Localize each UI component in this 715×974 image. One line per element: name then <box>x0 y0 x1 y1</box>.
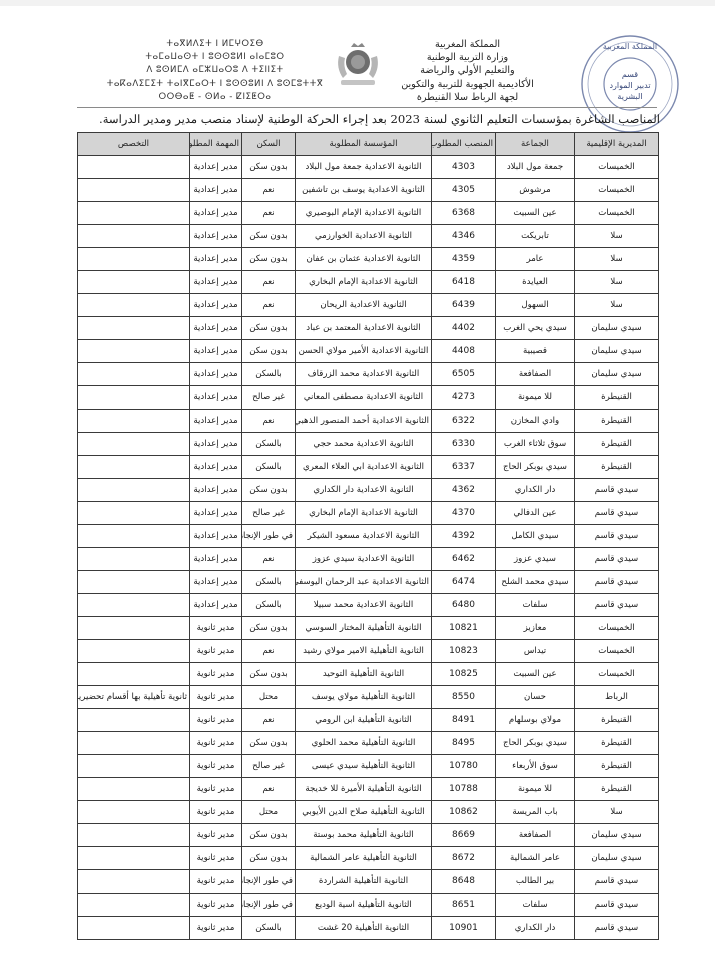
letterhead-line: ⵜⴰⴳⵍⴷⵉⵜ ⵏ ⵍⵎⵖⵔⵉⴱ <box>100 38 330 51</box>
cell-directorate: سيدي قاسم <box>575 870 659 893</box>
cell-institution: الثانوية الاعدادية الخوارزمي <box>296 225 432 248</box>
cell-specialty <box>78 363 190 386</box>
cell-institution: الثانوية الاعدادية مصطفى المعاني <box>296 386 432 409</box>
cell-directorate: الخميسات <box>575 179 659 202</box>
cell-housing: بدون سكن <box>242 248 296 271</box>
cell-specialty <box>78 432 190 455</box>
svg-text:المملكة المغربية: المملكة المغربية <box>603 42 657 51</box>
cell-specialty <box>78 409 190 432</box>
letterhead-line: ⵜⴰⴽⴰⴷⵉⵎⵉⵜ ⵜⴰⵏⴳⵎⴰⵔⵜ ⵏ ⵓⵙⵙⵓⵍⵏ ⴷ ⵓⵙⵎⵓⵜⵜⴳ <box>100 78 330 91</box>
cell-specialty <box>78 179 190 202</box>
cell-specialty <box>78 616 190 639</box>
cell-directorate: سلا <box>575 271 659 294</box>
royal-emblem-icon <box>333 38 383 90</box>
cell-institution: الثانوية التأهيلية المختار السوسي <box>296 616 432 639</box>
cell-role: مدير ثانوية <box>190 801 242 824</box>
cell-institution: الثانوية الاعدادية عبد الرحمان اليوسفي <box>296 570 432 593</box>
cell-commune: للا ميمونة <box>496 386 575 409</box>
header-directorate: المديرية الإقليمية <box>575 133 659 156</box>
letterhead-line: ⵔⵔⴱⴰⵟ - ⵙⵍⴰ - ⵇⵏⵉⵟⵔⴰ <box>100 91 330 104</box>
cell-role: مدير إعدادية <box>190 248 242 271</box>
cell-directorate: القنيطرة <box>575 455 659 478</box>
cell-housing: بدون سكن <box>242 663 296 686</box>
cell-commune: وادي المخازن <box>496 409 575 432</box>
header-specialty: التخصص <box>78 133 190 156</box>
cell-housing: نعم <box>242 179 296 202</box>
table-row: القنيطرةللا ميمونة4273الثانوية الاعدادية… <box>78 386 659 409</box>
cell-role: مدير إعدادية <box>190 179 242 202</box>
cell-directorate: الخميسات <box>575 663 659 686</box>
table-row: سيدي سليمانسيدي يحي الغرب4402الثانوية ال… <box>78 317 659 340</box>
cell-housing: بدون سكن <box>242 616 296 639</box>
cell-specialty <box>78 248 190 271</box>
cell-post: 6418 <box>432 271 496 294</box>
cell-post: 4303 <box>432 156 496 179</box>
table-row: الخميساتعين السبيت6368الثانوية الاعدادية… <box>78 202 659 225</box>
cell-directorate: سيدي سليمان <box>575 363 659 386</box>
cell-housing: بالسكن <box>242 570 296 593</box>
cell-institution: الثانوية الاعدادية عثمان بن عفان <box>296 248 432 271</box>
cell-institution: الثانوية التأهيلية محمد الحلوي <box>296 732 432 755</box>
cell-role: مدير إعدادية <box>190 432 242 455</box>
cell-specialty <box>78 824 190 847</box>
cell-specialty <box>78 778 190 801</box>
cell-commune: السهول <box>496 294 575 317</box>
cell-institution: الثانوية الاعدادية محمد الزرقاف <box>296 363 432 386</box>
table-row: الخميساتتيداس10823الثانوية التأهيلية الا… <box>78 639 659 662</box>
cell-role: مدير إعدادية <box>190 593 242 616</box>
cell-institution: الثانوية التأهيلية التوحيد <box>296 663 432 686</box>
cell-directorate: الرباط <box>575 686 659 709</box>
cell-role: مدير إعدادية <box>190 524 242 547</box>
table-row: الخميساتعين السبيت10825الثانوية التأهيلي… <box>78 663 659 686</box>
cell-housing: في طور الإنجاز <box>242 524 296 547</box>
table-row: سيدي قاسمدار الكداري10901الثانوية التأهي… <box>78 916 659 939</box>
cell-institution: الثانوية التأهيلية ابن الرومي <box>296 709 432 732</box>
table-header-row: المديرية الإقليمية الجماعة المنصب المطلو… <box>78 133 659 156</box>
cell-post: 8495 <box>432 732 496 755</box>
cell-post: 6322 <box>432 409 496 432</box>
cell-directorate: سلا <box>575 801 659 824</box>
cell-institution: الثانوية التأهيلية صلاح الدين الأيوبي <box>296 801 432 824</box>
cell-commune: عين الدفالي <box>496 501 575 524</box>
cell-housing: نعم <box>242 639 296 662</box>
cell-institution: الثانوية التأهيلية مولاي يوسف <box>296 686 432 709</box>
table-row: سيدي قاسمسيدي محمد الشلح6474الثانوية الا… <box>78 570 659 593</box>
cell-housing: بدون سكن <box>242 847 296 870</box>
cell-post: 8550 <box>432 686 496 709</box>
cell-commune: سيدي محمد الشلح <box>496 570 575 593</box>
cell-commune: سيدي الكامل <box>496 524 575 547</box>
cell-housing: نعم <box>242 709 296 732</box>
cell-housing: بالسكن <box>242 363 296 386</box>
cell-directorate: سيدي قاسم <box>575 478 659 501</box>
cell-role: مدير إعدادية <box>190 455 242 478</box>
cell-commune: عين السبيت <box>496 202 575 225</box>
table-row: القنيطرةللا ميمونة10788الثانوية التأهيلي… <box>78 778 659 801</box>
cell-directorate: سلا <box>575 294 659 317</box>
cell-commune: سلفات <box>496 593 575 616</box>
cell-housing: بالسكن <box>242 432 296 455</box>
table-row: سلاالعيايدة6418الثانوية الاعدادية الإمام… <box>78 271 659 294</box>
cell-institution: الثانوية الاعدادية الإمام البخاري <box>296 271 432 294</box>
table-row: سيدي سليمانالصفافعة6505الثانوية الاعدادي… <box>78 363 659 386</box>
cell-specialty <box>78 524 190 547</box>
cell-commune: مرشوش <box>496 179 575 202</box>
cell-directorate: سيدي قاسم <box>575 893 659 916</box>
cell-housing: نعم <box>242 547 296 570</box>
cell-post: 10823 <box>432 639 496 662</box>
cell-institution: الثانوية الاعدادية محمد سبيلا <box>296 593 432 616</box>
cell-post: 8648 <box>432 870 496 893</box>
cell-commune: عامر <box>496 248 575 271</box>
table-row: الرباطحسان8550الثانوية التأهيلية مولاي ي… <box>78 686 659 709</box>
cell-commune: سيدي بوبكر الحاج <box>496 732 575 755</box>
scan-top-band <box>0 0 715 6</box>
cell-directorate: القنيطرة <box>575 432 659 455</box>
cell-institution: الثانوية الاعدادية محمد حجي <box>296 432 432 455</box>
header-institution: المؤسسة المطلوبة <box>296 133 432 156</box>
cell-post: 6439 <box>432 294 496 317</box>
cell-commune: دار الكداري <box>496 916 575 939</box>
cell-institution: الثانوية الاعدادية الأمير مولاي الحسن <box>296 340 432 363</box>
cell-post: 4346 <box>432 225 496 248</box>
cell-commune: باب المريسة <box>496 801 575 824</box>
cell-institution: الثانوية الاعدادية دار الكداري <box>296 478 432 501</box>
cell-specialty: ثانوية تأهيلية بها أقسام تحضيرية <box>78 686 190 709</box>
cell-role: مدير إعدادية <box>190 156 242 179</box>
cell-housing: نعم <box>242 778 296 801</box>
cell-post: 10788 <box>432 778 496 801</box>
cell-directorate: سلا <box>575 248 659 271</box>
table-row: سيدي قاسمسلفات8651الثانوية التأهيلية اسي… <box>78 893 659 916</box>
cell-role: مدير ثانوية <box>190 732 242 755</box>
cell-housing: نعم <box>242 294 296 317</box>
cell-directorate: القنيطرة <box>575 386 659 409</box>
cell-specialty <box>78 755 190 778</box>
cell-commune: سوق الأربعاء <box>496 755 575 778</box>
table-row: الخميساتمعازيز10821الثانوية التأهيلية ال… <box>78 616 659 639</box>
cell-post: 10780 <box>432 755 496 778</box>
cell-role: مدير ثانوية <box>190 778 242 801</box>
cell-role: مدير ثانوية <box>190 870 242 893</box>
cell-housing: غير صالح <box>242 386 296 409</box>
table-row: سيدي قاسمعين الدفالي4370الثانوية الاعداد… <box>78 501 659 524</box>
cell-post: 8672 <box>432 847 496 870</box>
cell-post: 6505 <box>432 363 496 386</box>
table-row: القنيطرةوادي المخازن6322الثانوية الاعداد… <box>78 409 659 432</box>
cell-directorate: سيدي سليمان <box>575 340 659 363</box>
cell-role: مدير إعدادية <box>190 340 242 363</box>
cell-institution: الثانوية الاعدادية أحمد المنصور الذهبي <box>296 409 432 432</box>
cell-directorate: القنيطرة <box>575 755 659 778</box>
table-row: القنيطرةسوق الأربعاء10780الثانوية التأهي… <box>78 755 659 778</box>
cell-post: 6330 <box>432 432 496 455</box>
cell-specialty <box>78 801 190 824</box>
cell-post: 8491 <box>432 709 496 732</box>
cell-post: 8669 <box>432 824 496 847</box>
cell-housing: بدون سكن <box>242 225 296 248</box>
cell-housing: نعم <box>242 202 296 225</box>
cell-post: 10825 <box>432 663 496 686</box>
cell-directorate: القنيطرة <box>575 732 659 755</box>
table-row: سلاعامر4359الثانوية الاعدادية عثمان بن ع… <box>78 248 659 271</box>
cell-directorate: سيدي قاسم <box>575 593 659 616</box>
table-row: القنيطرةسوق ثلاثاء الغرب6330الثانوية الا… <box>78 432 659 455</box>
cell-commune: دار الكداري <box>496 478 575 501</box>
cell-role: مدير ثانوية <box>190 893 242 916</box>
cell-directorate: القنيطرة <box>575 409 659 432</box>
cell-commune: الصفافعة <box>496 824 575 847</box>
letterhead-line: لجهة الرباط سلا القنيطرة <box>385 91 550 104</box>
table-row: سيدي قاسمبير الطالب8648الثانوية التأهيلي… <box>78 870 659 893</box>
cell-specialty <box>78 271 190 294</box>
cell-housing: بالسكن <box>242 455 296 478</box>
cell-specialty <box>78 709 190 732</box>
cell-post: 10901 <box>432 916 496 939</box>
cell-commune: قصيبية <box>496 340 575 363</box>
cell-specialty <box>78 455 190 478</box>
cell-commune: تيداس <box>496 639 575 662</box>
cell-specialty <box>78 732 190 755</box>
table-row: سيدي قاسمسيدي الكامل4392الثانوية الاعداد… <box>78 524 659 547</box>
cell-housing: في طور الإنجاز <box>242 893 296 916</box>
letterhead-line: ⵜⴰⵎⴰⵡⴰⵙⵜ ⵏ ⵓⵙⵙⵓⵍⵏ ⴰⵏⴰⵎⵓⵔ <box>100 51 330 64</box>
svg-text:البشرية: البشرية <box>617 92 642 101</box>
cell-commune: تابريكت <box>496 225 575 248</box>
cell-institution: الثانوية الاعدادية جمعة مول البلاد <box>296 156 432 179</box>
table-row: الخميساتمرشوش4305الثانوية الاعدادية يوسف… <box>78 179 659 202</box>
table-row: الخميساتجمعة مول البلاد4303الثانوية الاع… <box>78 156 659 179</box>
cell-specialty <box>78 893 190 916</box>
header-role: المهمة المطلوبة <box>190 133 242 156</box>
cell-commune: سيدي عزوز <box>496 547 575 570</box>
cell-housing: بدون سكن <box>242 156 296 179</box>
cell-housing: بدون سكن <box>242 824 296 847</box>
cell-directorate: القنيطرة <box>575 709 659 732</box>
cell-role: مدير إعدادية <box>190 225 242 248</box>
table-row: سيدي سليمانعامر الشمالية8672الثانوية الت… <box>78 847 659 870</box>
cell-institution: الثانوية الاعدادية يوسف بن تاشفين <box>296 179 432 202</box>
table-row: سيدي قاسمسلفات6480الثانوية الاعدادية محم… <box>78 593 659 616</box>
cell-role: مدير ثانوية <box>190 686 242 709</box>
table-body: الخميساتجمعة مول البلاد4303الثانوية الاع… <box>78 156 659 940</box>
cell-post: 6462 <box>432 547 496 570</box>
cell-housing: بالسكن <box>242 916 296 939</box>
cell-specialty <box>78 294 190 317</box>
vacancies-table: المديرية الإقليمية الجماعة المنصب المطلو… <box>77 132 659 940</box>
cell-role: مدير إعدادية <box>190 501 242 524</box>
cell-role: مدير إعدادية <box>190 317 242 340</box>
cell-post: 6480 <box>432 593 496 616</box>
cell-housing: نعم <box>242 271 296 294</box>
cell-directorate: سيدي سليمان <box>575 847 659 870</box>
cell-directorate: الخميسات <box>575 616 659 639</box>
table-row: سلاتابريكت4346الثانوية الاعدادية الخوارز… <box>78 225 659 248</box>
cell-housing: بدون سكن <box>242 340 296 363</box>
letterhead-line: والتعليم الأولي والرياضة <box>385 64 550 77</box>
cell-role: مدير إعدادية <box>190 386 242 409</box>
cell-institution: الثانوية التأهيلية 20 غشت <box>296 916 432 939</box>
cell-specialty <box>78 478 190 501</box>
cell-role: مدير ثانوية <box>190 824 242 847</box>
cell-housing: بدون سكن <box>242 317 296 340</box>
cell-commune: سيدي بوبكر الحاج <box>496 455 575 478</box>
cell-housing: غير صالح <box>242 501 296 524</box>
header-commune: الجماعة <box>496 133 575 156</box>
cell-commune: سيدي يحي الغرب <box>496 317 575 340</box>
cell-directorate: سيدي قاسم <box>575 524 659 547</box>
cell-post: 4402 <box>432 317 496 340</box>
cell-post: 10862 <box>432 801 496 824</box>
cell-specialty <box>78 156 190 179</box>
cell-housing: محتل <box>242 686 296 709</box>
cell-housing: بدون سكن <box>242 478 296 501</box>
table-row: سيدي قاسمسيدي عزوز6462الثانوية الاعدادية… <box>78 547 659 570</box>
cell-post: 4359 <box>432 248 496 271</box>
cell-role: مدير إعدادية <box>190 409 242 432</box>
cell-role: مدير ثانوية <box>190 616 242 639</box>
cell-housing: في طور الإنجاز <box>242 870 296 893</box>
cell-specialty <box>78 340 190 363</box>
cell-post: 8651 <box>432 893 496 916</box>
table-row: القنيطرةسيدي بوبكر الحاج8495الثانوية الت… <box>78 732 659 755</box>
cell-directorate: الخميسات <box>575 156 659 179</box>
cell-commune: حسان <box>496 686 575 709</box>
cell-institution: الثانوية التأهيلية الامير مولاي رشيد <box>296 639 432 662</box>
letterhead-line: ⴷ ⵓⵙⵍⵎⴷ ⴰⵎⵣⵡⴰⵔⵓ ⴷ ⵜⵉⵏⵏⵉⵜ <box>100 64 330 77</box>
cell-institution: الثانوية التأهيلية عامر الشمالية <box>296 847 432 870</box>
cell-role: مدير إعدادية <box>190 547 242 570</box>
cell-commune: معازيز <box>496 616 575 639</box>
cell-institution: الثانوية الاعدادية الإمام البوصيري <box>296 202 432 225</box>
table-row: سلاالسهول6439الثانوية الاعدادية الريحانن… <box>78 294 659 317</box>
document-title: المناصب الشاغرة بمؤسسات التعليم الثانوي … <box>80 112 660 126</box>
cell-institution: الثانوية الاعدادية ابي العلاء المعري <box>296 455 432 478</box>
cell-directorate: القنيطرة <box>575 778 659 801</box>
cell-commune: بير الطالب <box>496 870 575 893</box>
cell-directorate: الخميسات <box>575 202 659 225</box>
table-row: القنيطرةمولاي بوسلهام8491الثانوية التأهي… <box>78 709 659 732</box>
svg-text:تدبير الموارد: تدبير الموارد <box>609 81 650 90</box>
cell-specialty <box>78 663 190 686</box>
cell-post: 4408 <box>432 340 496 363</box>
letterhead-tifinagh: ⵜⴰⴳⵍⴷⵉⵜ ⵏ ⵍⵎⵖⵔⵉⴱ ⵜⴰⵎⴰⵡⴰⵙⵜ ⵏ ⵓⵙⵙⵓⵍⵏ ⴰⵏⴰⵎⵓ… <box>100 38 330 104</box>
cell-directorate: سلا <box>575 225 659 248</box>
cell-role: مدير إعدادية <box>190 202 242 225</box>
cell-commune: مولاي بوسلهام <box>496 709 575 732</box>
cell-post: 4273 <box>432 386 496 409</box>
cell-specialty <box>78 916 190 939</box>
cell-directorate: سيدي قاسم <box>575 570 659 593</box>
cell-role: مدير ثانوية <box>190 663 242 686</box>
cell-housing: بالسكن <box>242 593 296 616</box>
header-divider <box>77 107 657 108</box>
cell-specialty <box>78 501 190 524</box>
cell-specialty <box>78 317 190 340</box>
cell-role: مدير إعدادية <box>190 570 242 593</box>
table-row: سيدي سليمانقصيبية4408الثانوية الاعدادية … <box>78 340 659 363</box>
cell-specialty <box>78 570 190 593</box>
cell-specialty <box>78 386 190 409</box>
cell-post: 6368 <box>432 202 496 225</box>
cell-specialty <box>78 639 190 662</box>
cell-commune: العيايدة <box>496 271 575 294</box>
cell-specialty <box>78 870 190 893</box>
cell-institution: الثانوية التأهيلية الأميرة للا خديجة <box>296 778 432 801</box>
cell-institution: الثانوية الاعدادية الإمام البخاري <box>296 501 432 524</box>
letterhead-line: وزارة التربية الوطنية <box>385 51 550 64</box>
cell-housing: نعم <box>242 409 296 432</box>
cell-specialty <box>78 202 190 225</box>
cell-specialty <box>78 225 190 248</box>
cell-commune: عين السبيت <box>496 663 575 686</box>
header-housing: السكن <box>242 133 296 156</box>
cell-role: مدير ثانوية <box>190 639 242 662</box>
cell-role: مدير إعدادية <box>190 478 242 501</box>
cell-commune: سوق ثلاثاء الغرب <box>496 432 575 455</box>
cell-institution: الثانوية التأهيلية الشراردة <box>296 870 432 893</box>
cell-institution: الثانوية الاعدادية المعتمد بن عباد <box>296 317 432 340</box>
letterhead-line: الأكاديمية الجهوية للتربية والتكوين <box>385 78 550 91</box>
cell-commune: عامر الشمالية <box>496 847 575 870</box>
cell-institution: الثانوية الاعدادية مسعود الشيكر <box>296 524 432 547</box>
letterhead-arabic: المملكة المغربية وزارة التربية الوطنية و… <box>385 38 550 104</box>
cell-post: 4370 <box>432 501 496 524</box>
cell-housing: بدون سكن <box>242 732 296 755</box>
cell-role: مدير ثانوية <box>190 755 242 778</box>
table-row: سيدي قاسمدار الكداري4362الثانوية الاعداد… <box>78 478 659 501</box>
cell-commune: سلفات <box>496 893 575 916</box>
cell-role: مدير إعدادية <box>190 271 242 294</box>
cell-specialty <box>78 547 190 570</box>
cell-role: مدير ثانوية <box>190 847 242 870</box>
cell-institution: الثانوية الاعدادية الريحان <box>296 294 432 317</box>
cell-directorate: سيدي سليمان <box>575 317 659 340</box>
letterhead-line: المملكة المغربية <box>385 38 550 51</box>
table-row: القنيطرةسيدي بوبكر الحاج6337الثانوية الا… <box>78 455 659 478</box>
cell-housing: غير صالح <box>242 755 296 778</box>
cell-institution: الثانوية الاعدادية سيدي عزوز <box>296 547 432 570</box>
cell-commune: الصفافعة <box>496 363 575 386</box>
cell-institution: الثانوية التأهيلية محمد بوستة <box>296 824 432 847</box>
cell-post: 4305 <box>432 179 496 202</box>
cell-role: مدير ثانوية <box>190 916 242 939</box>
cell-institution: الثانوية التأهيلية اسية الوديع <box>296 893 432 916</box>
cell-directorate: سيدي قاسم <box>575 916 659 939</box>
cell-directorate: الخميسات <box>575 639 659 662</box>
cell-housing: محتل <box>242 801 296 824</box>
cell-post: 6337 <box>432 455 496 478</box>
cell-role: مدير إعدادية <box>190 294 242 317</box>
table-row: سلاباب المريسة10862الثانوية التأهيلية صل… <box>78 801 659 824</box>
cell-role: مدير ثانوية <box>190 709 242 732</box>
cell-role: مدير إعدادية <box>190 363 242 386</box>
cell-directorate: سيدي قاسم <box>575 501 659 524</box>
cell-post: 10821 <box>432 616 496 639</box>
cell-commune: للا ميمونة <box>496 778 575 801</box>
cell-specialty <box>78 593 190 616</box>
header-post: المنصب المطلوب <box>432 133 496 156</box>
svg-text:قسم: قسم <box>622 70 638 79</box>
cell-directorate: سيدي قاسم <box>575 547 659 570</box>
cell-institution: الثانوية التأهيلية سيدي عيسى <box>296 755 432 778</box>
cell-directorate: سيدي سليمان <box>575 824 659 847</box>
cell-post: 4392 <box>432 524 496 547</box>
cell-specialty <box>78 847 190 870</box>
table-row: سيدي سليمانالصفافعة8669الثانوية التأهيلي… <box>78 824 659 847</box>
cell-post: 4362 <box>432 478 496 501</box>
